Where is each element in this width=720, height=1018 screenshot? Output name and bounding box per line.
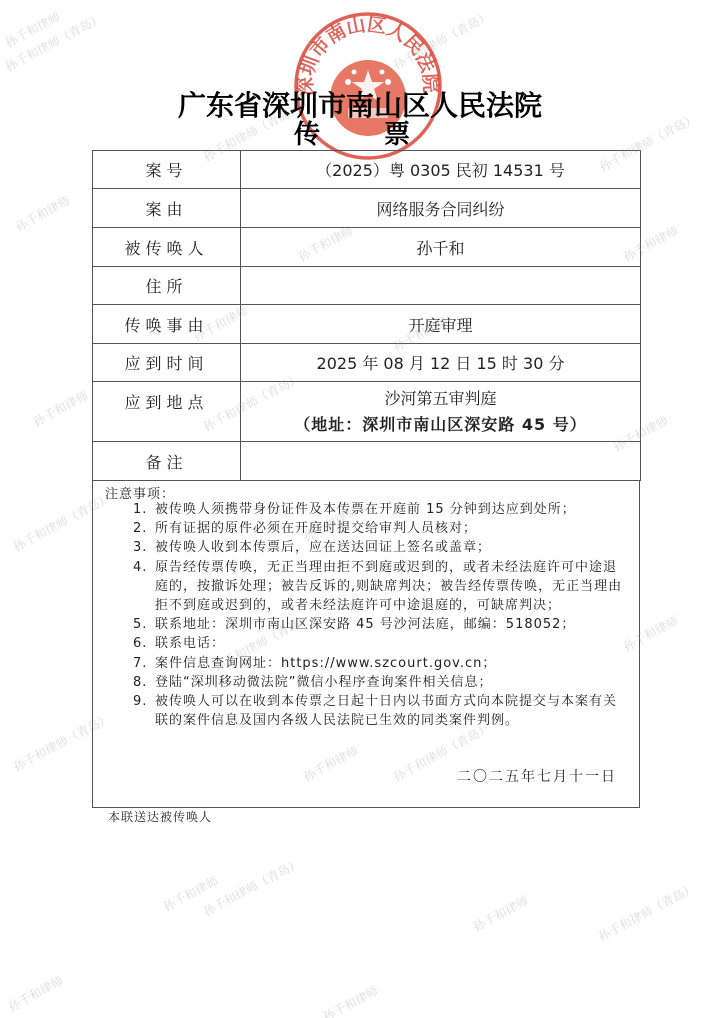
form-row-residence: 住所 xyxy=(93,267,641,305)
form-label: 被传唤人 xyxy=(93,228,241,267)
note-item: 9.被传唤人可以在收到本传票之日起十日内以书面方式向本院提交与本案有关联的案件信… xyxy=(133,692,623,730)
doc-type-char-1: 传 xyxy=(294,120,320,150)
note-item: 7.案件信息查询网址：https://www.szcourt.gov.cn； xyxy=(133,654,623,673)
document-type-title: 传票 xyxy=(0,114,712,151)
courtroom-name: 沙河第五审判庭 xyxy=(241,386,640,412)
form-value xyxy=(241,442,641,481)
form-value: 孙千和 xyxy=(241,228,641,267)
summons-form-table: 案号 （2025）粤 0305 民初 14531 号 案由 网络服务合同纠纷 被… xyxy=(92,150,641,481)
form-row-appearance-time: 应到时间 2025 年 08 月 12 日 15 时 30 分 xyxy=(93,344,641,382)
note-number: 9. xyxy=(133,692,155,730)
note-item: 8.登陆“深圳移动微法院”微信小程序查询案件相关信息； xyxy=(133,673,623,692)
note-text: 案件信息查询网址：https://www.szcourt.gov.cn； xyxy=(155,654,623,673)
note-number: 3. xyxy=(133,538,155,557)
notes-list: 1.被传唤人须携带身份证件及本传票在开庭前 15 分钟到达应到处所； 2.所有证… xyxy=(133,500,623,730)
note-item: 1.被传唤人须携带身份证件及本传票在开庭前 15 分钟到达应到处所； xyxy=(133,500,623,519)
note-text: 所有证据的原件必须在开庭时提交给审判人员核对； xyxy=(155,519,623,538)
form-label: 应到时间 xyxy=(93,344,241,382)
note-item: 6.联系电话： xyxy=(133,634,623,653)
form-label: 案号 xyxy=(93,151,241,189)
watermark: 孙千和律师 xyxy=(30,387,91,430)
form-label: 住所 xyxy=(93,267,241,305)
courtroom-address: （地址：深圳市南山区深安路 45 号） xyxy=(241,412,640,438)
watermark: 孙千和律师（青岛） xyxy=(200,854,303,920)
watermark: 孙千和律师 xyxy=(2,8,63,51)
note-text: 联系电话： xyxy=(155,634,623,653)
form-label: 传唤事由 xyxy=(93,305,241,344)
note-number: 2. xyxy=(133,519,155,538)
watermark: 孙千和律师 xyxy=(5,972,66,1015)
watermark: 孙千和律师 xyxy=(320,982,381,1018)
form-row-case-cause: 案由 网络服务合同纠纷 xyxy=(93,189,641,228)
note-text: 登陆“深圳移动微法院”微信小程序查询案件相关信息； xyxy=(155,673,623,692)
doc-type-char-2: 票 xyxy=(384,120,410,150)
note-text: 被传唤人须携带身份证件及本传票在开庭前 15 分钟到达应到处所； xyxy=(155,500,623,519)
watermark: 孙千和律师（青岛） xyxy=(2,9,105,75)
note-text: 联系地址：深圳市南山区深安路 45 号沙河法庭，邮编：518052； xyxy=(155,615,623,634)
form-label: 案由 xyxy=(93,189,241,228)
note-number: 8. xyxy=(133,673,155,692)
watermark: 孙千和律师 xyxy=(160,872,221,915)
note-text: 被传唤人收到本传票后，应在送达回证上签名或盖章； xyxy=(155,538,623,557)
form-label: 应到地点 xyxy=(93,382,241,442)
watermark: 孙千和律师（青岛） xyxy=(595,879,698,945)
watermark: 孙千和律师 xyxy=(470,892,531,935)
copy-recipient-note: 本联送达被传唤人 xyxy=(108,808,212,825)
form-label: 备注 xyxy=(93,442,241,481)
form-value: （2025）粤 0305 民初 14531 号 xyxy=(241,151,641,189)
form-value: 开庭审理 xyxy=(241,305,641,344)
note-number: 1. xyxy=(133,500,155,519)
form-row-appearance-place: 应到地点 沙河第五审判庭 （地址：深圳市南山区深安路 45 号） xyxy=(93,382,641,442)
note-number: 7. xyxy=(133,654,155,673)
note-number: 6. xyxy=(133,634,155,653)
form-row-summoned-person: 被传唤人 孙千和 xyxy=(93,228,641,267)
form-row-summons-reason: 传唤事由 开庭审理 xyxy=(93,305,641,344)
note-item: 4.原告经传票传唤，无正当理由拒不到庭或迟到的，或者未经法庭许可中途退庭的，按撤… xyxy=(133,558,623,616)
issue-date: 二〇二五年七月十一日 xyxy=(457,766,617,786)
notes-section: 注意事项： 1.被传唤人须携带身份证件及本传票在开庭前 15 分钟到达应到处所；… xyxy=(92,480,640,808)
form-value xyxy=(241,267,641,305)
note-item: 3.被传唤人收到本传票后，应在送达回证上签名或盖章； xyxy=(133,538,623,557)
watermark: 孙千和律师 xyxy=(12,192,73,235)
note-text: 被传唤人可以在收到本传票之日起十日内以书面方式向本院提交与本案有关联的案件信息及… xyxy=(155,692,623,730)
form-value: 沙河第五审判庭 （地址：深圳市南山区深安路 45 号） xyxy=(241,382,641,442)
note-item: 2.所有证据的原件必须在开庭时提交给审判人员核对； xyxy=(133,519,623,538)
form-value: 2025 年 08 月 12 日 15 时 30 分 xyxy=(241,344,641,382)
form-row-case-number: 案号 （2025）粤 0305 民初 14531 号 xyxy=(93,151,641,189)
note-item: 5.联系地址：深圳市南山区深安路 45 号沙河法庭，邮编：518052； xyxy=(133,615,623,634)
form-row-remarks: 备注 xyxy=(93,442,641,481)
form-value: 网络服务合同纠纷 xyxy=(241,189,641,228)
note-number: 4. xyxy=(133,558,155,616)
note-text: 原告经传票传唤，无正当理由拒不到庭或迟到的，或者未经法庭许可中途退庭的，按撤诉处… xyxy=(155,558,623,616)
note-number: 5. xyxy=(133,615,155,634)
